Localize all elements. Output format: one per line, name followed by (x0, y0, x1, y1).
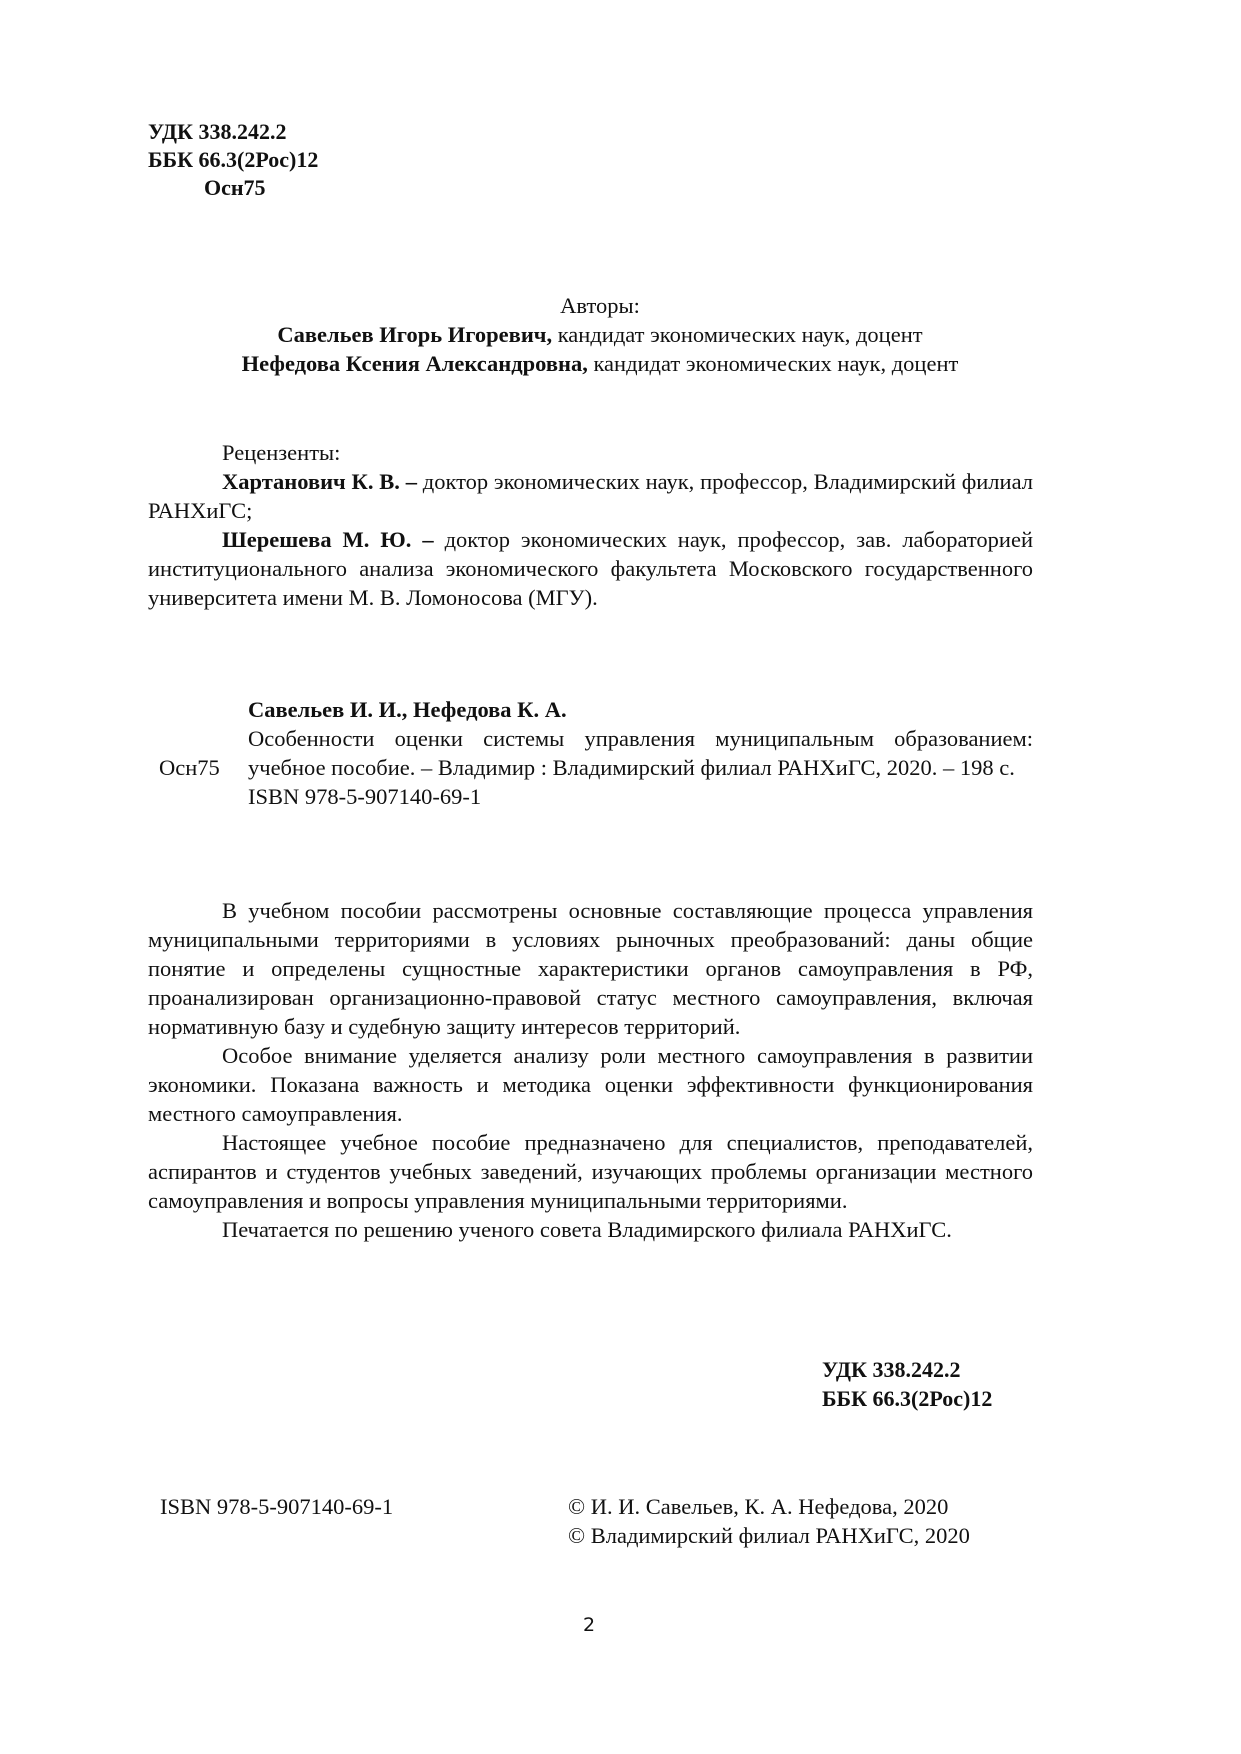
page-number: 2 (583, 1614, 595, 1636)
reviewers-heading: Рецензенты: (148, 438, 1033, 467)
udk-code: УДК 338.242.2 (822, 1355, 992, 1384)
annotation-paragraph: Настоящее учебное пособие предназначено … (148, 1128, 1033, 1215)
annotation-paragraph: Особое внимание уделяется анализу роли м… (148, 1041, 1033, 1128)
reviewer-entry: Шерешева М. Ю. – доктор экономических на… (148, 525, 1033, 612)
annotation-paragraph: Печатается по решению ученого совета Вла… (148, 1215, 1033, 1244)
author-name: Нефедова Ксения Александровна, (242, 351, 588, 376)
document-page: УДК 338.242.2 ББК 66.3(2Рос)12 Осн75 Авт… (0, 0, 1241, 1754)
author-sign: Осн75 (148, 174, 318, 202)
author-entry: Нефедова Ксения Александровна, кандидат … (150, 349, 1050, 378)
annotation-paragraph: В учебном пособии рассмотрены основные с… (148, 896, 1033, 1041)
annotation: В учебном пособии рассмотрены основные с… (148, 896, 1033, 1244)
udk-code: УДК 338.242.2 (148, 118, 318, 146)
author-entry: Савельев Игорь Игоревич, кандидат эконом… (150, 320, 1050, 349)
reviewers-block: Рецензенты: Хартанович К. В. – доктор эк… (148, 438, 1033, 612)
authors-block: Авторы: Савельев Игорь Игоревич, кандида… (150, 291, 1050, 378)
reviewer-name: Хартанович К. В. – (222, 469, 417, 494)
copyright-line: © Владимирский филиал РАНХиГС, 2020 (568, 1521, 970, 1550)
bbk-code: ББК 66.3(2Рос)12 (822, 1384, 992, 1413)
bibliographic-record: Осн75 Савельев И. И., Нефедова К. А. Осо… (148, 695, 1033, 811)
footer-isbn: ISBN 978-5-907140-69-1 (160, 1492, 393, 1521)
catalog-block-bottom: УДК 338.242.2 ББК 66.3(2Рос)12 (822, 1355, 992, 1413)
bib-isbn: ISBN 978-5-907140-69-1 (248, 782, 1033, 811)
reviewer-name: Шерешева М. Ю. – (222, 527, 434, 552)
bbk-code: ББК 66.3(2Рос)12 (148, 146, 318, 174)
author-name: Савельев Игорь Игоревич, (277, 322, 552, 347)
authors-heading: Авторы: (150, 291, 1050, 320)
bib-author-sign: Осн75 (159, 753, 220, 782)
catalog-block-top: УДК 338.242.2 ББК 66.3(2Рос)12 Осн75 (148, 118, 318, 202)
bib-authors: Савельев И. И., Нефедова К. А. (248, 695, 1033, 724)
copyright-line: © И. И. Савельев, К. А. Нефедова, 2020 (568, 1492, 970, 1521)
copyright-block: © И. И. Савельев, К. А. Нефедова, 2020 ©… (568, 1492, 970, 1550)
author-title: кандидат экономических наук, доцент (588, 351, 959, 376)
reviewer-entry: Хартанович К. В. – доктор экономических … (148, 467, 1033, 525)
bib-description: Особенности оценки системы управления му… (248, 724, 1033, 782)
author-title: кандидат экономических наук, доцент (552, 322, 923, 347)
